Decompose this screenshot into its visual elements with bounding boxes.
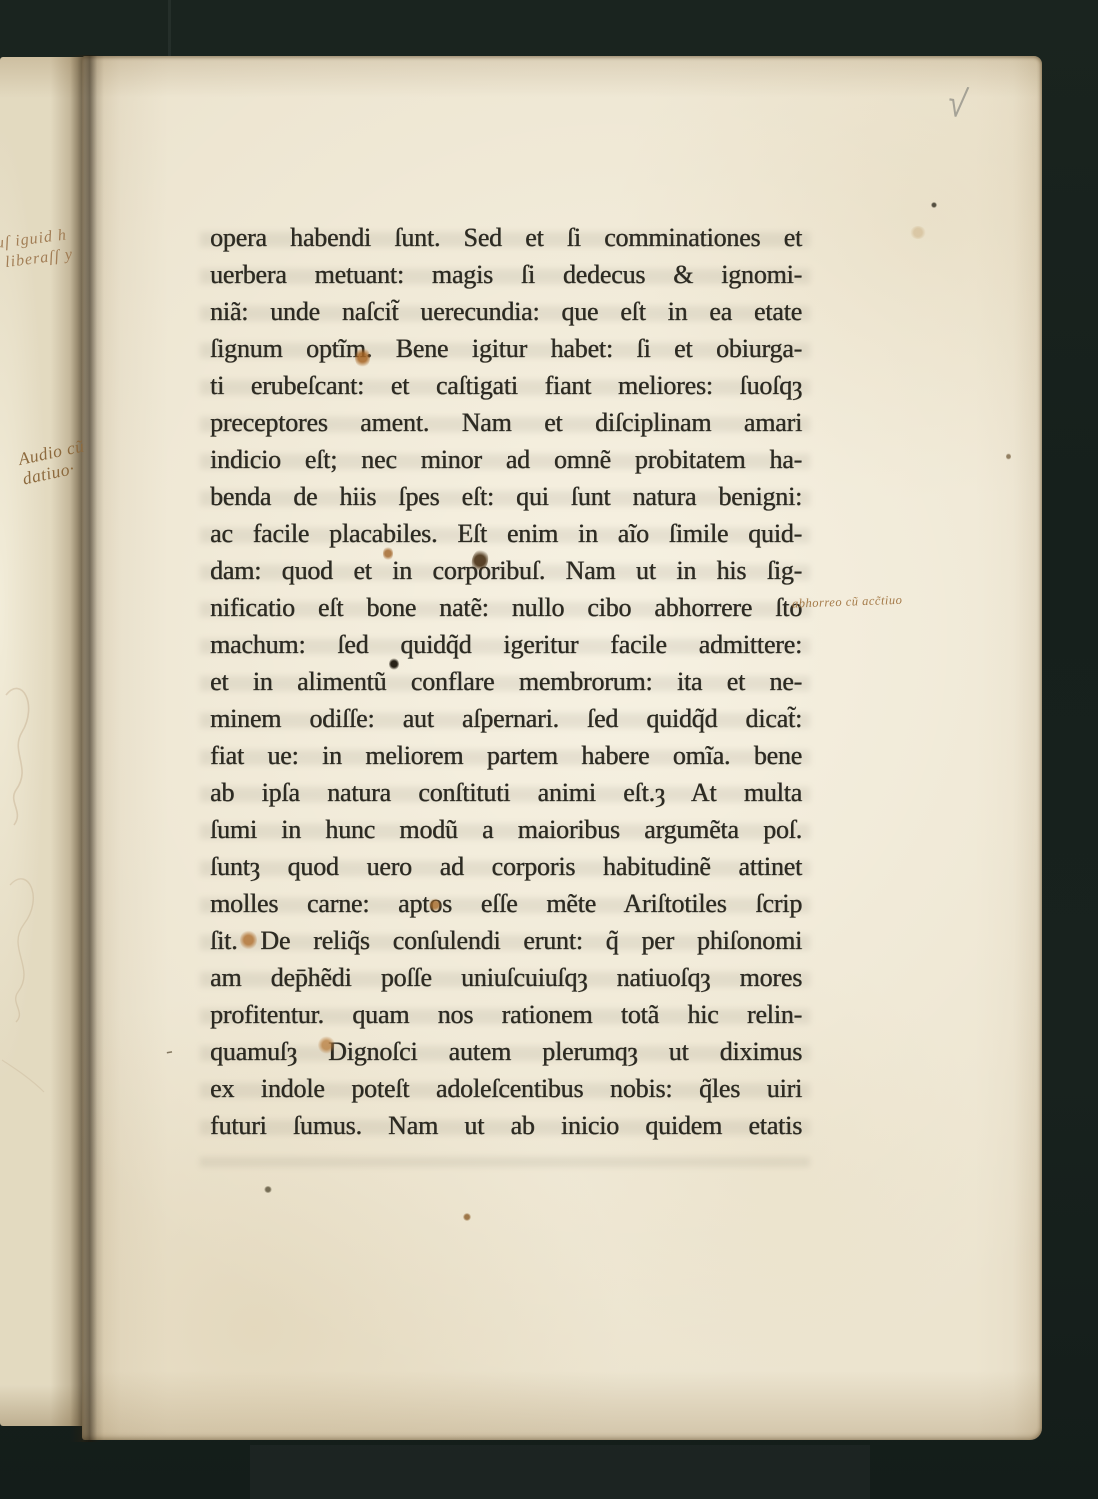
text-line: profitentur. quam nos rationem totã hic … bbox=[210, 996, 802, 1033]
fox-spot bbox=[264, 1186, 272, 1193]
book-page: opera habendi ſunt. Sed et ſi comminatio… bbox=[82, 56, 1042, 1440]
text-line: uerbera metuant: magis ſi dedecus & igno… bbox=[210, 256, 802, 293]
text-line: am dep̄hẽdi poſſe uniuſcuiuſqȝ natiuoſqȝ… bbox=[210, 959, 802, 996]
text-block: opera habendi ſunt. Sed et ſi comminatio… bbox=[210, 219, 802, 1144]
text-line: machum: ſed quidq̃d igeritur facile admi… bbox=[210, 626, 802, 663]
text-line: futuri ſumus. Nam ut ab inicio quidem et… bbox=[210, 1107, 802, 1144]
ink-stain bbox=[429, 898, 441, 912]
faded-ink-doodles bbox=[0, 640, 90, 1120]
text-line: dam: quod et in corporibuſ. Nam ut in hi… bbox=[210, 552, 802, 589]
text-line: et in alimentũ conflare membrorum: ita e… bbox=[210, 663, 802, 700]
text-line: ſignum optĩm. Bene igitur habet: ſi et o… bbox=[210, 330, 802, 367]
ink-stain bbox=[318, 1036, 335, 1054]
text-line: opera habendi ſunt. Sed et ſi comminatio… bbox=[210, 219, 802, 256]
ink-stain bbox=[389, 658, 399, 670]
text-line: indicio eſt; nec minor ad omnẽ probitate… bbox=[210, 441, 802, 478]
backdrop-crease bbox=[168, 0, 171, 60]
ink-stain bbox=[355, 347, 370, 368]
fox-spot bbox=[910, 226, 926, 239]
text-line: ex indole poteſt adoleſcentibus nobis: q… bbox=[210, 1070, 802, 1107]
text-line: ti erubeſcant: et caſtigati fiant melior… bbox=[210, 367, 802, 404]
text-line: molles carne: aptos eſſe mẽte Ariſtotile… bbox=[210, 885, 802, 922]
text-line: preceptores ament. Nam et diſciplinam am… bbox=[210, 404, 802, 441]
text-line: ſumi in hunc modũ a maioribus argumẽta p… bbox=[210, 811, 802, 848]
text-line: fiat ue: in meliorem partem habere omĩa.… bbox=[210, 737, 802, 774]
text-line: benda de hiis ſpes eſt: qui ſunt natura … bbox=[210, 478, 802, 515]
fox-spot bbox=[1006, 453, 1011, 460]
text-line: quamuſȝ Dignoſci autem plerumqȝ ut dixim… bbox=[210, 1033, 802, 1070]
ink-stain bbox=[240, 930, 257, 950]
ink-stain bbox=[383, 546, 393, 561]
fox-spot bbox=[931, 202, 937, 208]
text-line: ſuntȝ quod uero ad corporis habitudinẽ a… bbox=[210, 848, 802, 885]
backdrop-light-patch bbox=[250, 1445, 870, 1499]
text-line: niã: unde naſcit̃ uerecundia: que eſt in… bbox=[210, 293, 802, 330]
text-line: nificatio eſt bone natẽ: nullo cibo abho… bbox=[210, 589, 802, 626]
fox-spot bbox=[463, 1213, 471, 1221]
text-line: ac facile placabiles. Eſt enim in aĩo ſi… bbox=[210, 515, 802, 552]
photo-backdrop: opera habendi ſunt. Sed et ſi comminatio… bbox=[0, 0, 1098, 1499]
text-line: minem odiſſe: aut aſpernari. ſed quidq̃d… bbox=[210, 700, 802, 737]
text-line: ab ipſa natura conſtituti animi eſt.ȝ At… bbox=[210, 774, 802, 811]
text-line: ſit. De reliq̃s conſulendi erunt: q̃ per… bbox=[210, 922, 802, 959]
